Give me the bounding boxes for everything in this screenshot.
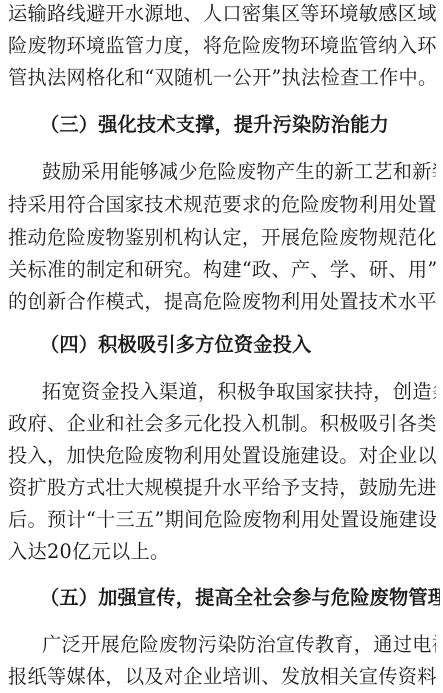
section-heading-4: （四）积极吸引多方位资金投入 (40, 331, 440, 359)
body-line: 险废物环境监管力度，将危险废物环境监管纳入环境日常监 (8, 32, 436, 60)
document-page: 运输路线避开水源地、人口密集区等环境敏感区域。加大危 险废物环境监管力度，将危险… (0, 0, 443, 693)
body-line: 管执法网格化和“双随机一公开”执法检查工作中。 (8, 64, 436, 92)
body-line: 推动危险废物鉴别机构认定，开展危险废物规范化管理及相 (8, 224, 436, 252)
body-line: 拓宽资金投入渠道，积极争取国家扶持，创造条件建立 (42, 378, 436, 406)
body-line: 关标准的制定和研究。构建“政、产、学、研、用”五位一体 (8, 256, 436, 284)
body-line: 投入，加快危险废物利用处置设施建设。对企业以并购、增 (8, 442, 436, 470)
body-line: 的创新合作模式，提高危险废物利用处置技术水平。 (8, 288, 436, 316)
body-line: 广泛开展危险废物污染防治宣传教育，通过电视、广播、 (42, 631, 436, 659)
body-line: 政府、企业和社会多元化投入机制。积极吸引各类优质资金 (8, 410, 436, 438)
body-line: 入达20亿元以上。 (8, 538, 436, 566)
body-line: 运输路线避开水源地、人口密集区等环境敏感区域。加大危 (8, 0, 436, 28)
body-line: 持采用符合国家技术规范要求的危险废物利用处置新技术。 (8, 191, 436, 219)
section-heading-5: （五）加强宣传，提高全社会参与危险废物管理的意识 (40, 584, 440, 612)
body-line: 报纸等媒体，以及对企业培训、发放相关宣传资料等多种渠 (8, 663, 436, 691)
body-line: 鼓励采用能够减少危险废物产生的新工艺和新装备，支 (42, 158, 436, 186)
body-line: 资扩股方式壮大规模提升水平给予支持，鼓励先进，淘汰落 (8, 474, 436, 502)
section-heading-3: （三）强化技术支撑，提升污染防治能力 (40, 111, 440, 139)
body-line: 后。预计“十三五”期间危险废物利用处置设施建设资金投 (8, 506, 436, 534)
